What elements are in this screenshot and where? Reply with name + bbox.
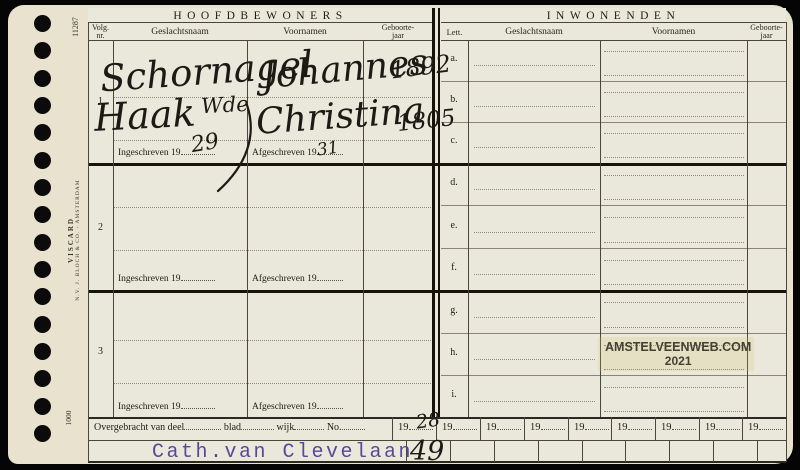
ingeschreven-text: Ingeschreven 19 xyxy=(118,148,181,158)
cell-line xyxy=(582,440,583,462)
dotted-leader xyxy=(181,400,215,409)
cell-line xyxy=(494,440,495,462)
cell-line xyxy=(450,440,451,462)
stock-code-text: 1000 xyxy=(64,411,73,426)
handwritten-afgeschreven-year: 31 xyxy=(316,138,340,161)
year-prefix: 19 xyxy=(661,422,672,433)
ingeschreven-text: Ingeschreven 19 xyxy=(118,274,181,284)
binder-hole xyxy=(34,425,51,442)
watermark-site: AMSTELVEENWEB.COM xyxy=(605,341,751,354)
hoofdbewoners-title: HOOFDBEWONERS xyxy=(88,10,433,22)
year-prefix: 19 xyxy=(574,422,585,433)
writing-guide-line xyxy=(474,65,595,66)
writing-guide-line xyxy=(604,327,744,328)
writing-guide-line xyxy=(474,189,595,190)
letter-label: e. xyxy=(443,220,465,231)
dotted-leader xyxy=(759,421,783,430)
binder-hole xyxy=(34,316,51,333)
table-border xyxy=(786,22,787,462)
afgeschreven-label: Afgeschreven 19 xyxy=(252,400,343,412)
dotted-leader xyxy=(241,421,274,430)
writing-guide-line xyxy=(113,383,433,384)
column-header-geboortejaar-left: Geboorte- jaar xyxy=(363,24,433,40)
writing-guide-line xyxy=(604,411,744,412)
dotted-leader xyxy=(497,421,521,430)
afgeschreven-text: Afgeschreven 19 xyxy=(252,148,317,158)
column-header-voornamen-left: Voornamen xyxy=(247,27,363,37)
printer-address: N.V. J. BLOCH & CO. - AMSTERDAM xyxy=(75,179,81,300)
letter-label: c. xyxy=(443,135,465,146)
handwritten-house-number: 49 xyxy=(410,436,444,467)
writing-guide-line xyxy=(474,232,595,233)
dotted-leader xyxy=(453,421,477,430)
year-prefix: 19 xyxy=(398,422,409,433)
column-header-voornamen-right: Voornamen xyxy=(600,27,747,37)
cell-line xyxy=(625,440,626,462)
dotted-leader xyxy=(628,421,652,430)
year-cell: 19 xyxy=(748,421,783,433)
column-header-geboortejaar-right: Geboorte- jaar xyxy=(747,24,786,40)
surname-2-main: Haak xyxy=(93,91,197,140)
writing-guide-line xyxy=(113,207,433,208)
cell-line xyxy=(669,440,670,462)
section-divider-line xyxy=(88,290,786,293)
letter-label: b. xyxy=(443,94,465,105)
pen-flourish xyxy=(215,103,257,195)
dotted-leader xyxy=(181,272,215,281)
column-header-lett: Lett. xyxy=(441,27,468,37)
writing-guide-line xyxy=(474,401,595,402)
cell-line xyxy=(757,440,758,462)
column-header-geslachtsnaam-left: Geslachtsnaam xyxy=(113,27,247,37)
year-cell: 19 xyxy=(617,421,652,433)
cell-line xyxy=(524,417,525,440)
writing-guide-line xyxy=(474,147,595,148)
column-line xyxy=(468,40,469,417)
ingeschreven-text: Ingeschreven 19 xyxy=(118,402,181,412)
watermark: AMSTELVEENWEB.COM 2021 xyxy=(598,337,754,371)
printer-imprint: VISCARD N.V. J. BLOCH & CO. - AMSTERDAM xyxy=(59,160,89,320)
watermark-year: 2021 xyxy=(605,354,751,368)
writing-guide-line xyxy=(604,116,744,117)
binder-hole xyxy=(34,370,51,387)
cell-line xyxy=(392,417,393,440)
ingeschreven-label: Ingeschreven 19 xyxy=(118,272,215,284)
binder-hole xyxy=(34,97,51,114)
binder-hole xyxy=(34,206,51,223)
year-prefix: 19 xyxy=(617,422,628,433)
writing-guide-line xyxy=(474,317,595,318)
section-divider-line xyxy=(88,163,786,166)
binder-hole xyxy=(34,70,51,87)
column-header-volgnr: Volg. nr. xyxy=(88,24,113,40)
overgebracht-row: Overgebracht van deel blad wijk No. xyxy=(94,421,365,433)
year-prefix: 19 xyxy=(530,422,541,433)
dotted-leader xyxy=(317,400,343,409)
year-cell: 19 xyxy=(661,421,696,433)
volgnr-line2: nr. xyxy=(96,31,104,40)
row-separator xyxy=(441,248,786,249)
year-prefix: 19 xyxy=(486,422,497,433)
overgebracht-label: Overgebracht van deel xyxy=(94,422,184,433)
row-separator xyxy=(441,375,786,376)
rule-line xyxy=(441,40,786,41)
wijk-label: wijk xyxy=(277,422,295,433)
writing-guide-line xyxy=(474,106,595,107)
letter-label: i. xyxy=(443,389,465,400)
letter-label: g. xyxy=(443,305,465,316)
writing-guide-line xyxy=(604,242,744,243)
binder-hole xyxy=(34,343,51,360)
dotted-leader xyxy=(184,421,221,430)
binder-hole xyxy=(34,15,51,32)
writing-guide-line xyxy=(474,359,595,360)
afgeschreven-label: Afgeschreven 19 xyxy=(252,272,343,284)
letter-label: h. xyxy=(443,347,465,358)
year-prefix: 19 xyxy=(748,422,759,433)
row-separator xyxy=(441,333,786,334)
binder-hole xyxy=(34,234,51,251)
letter-label: f. xyxy=(443,262,465,273)
year-cell: 19 xyxy=(486,421,521,433)
dotted-leader xyxy=(672,421,696,430)
writing-guide-line xyxy=(604,51,744,52)
dotted-leader xyxy=(342,421,365,430)
binder-hole xyxy=(34,42,51,59)
writing-guide-line xyxy=(113,250,433,251)
writing-guide-line xyxy=(604,284,744,285)
dotted-leader xyxy=(716,421,740,430)
row-separator xyxy=(441,205,786,206)
dotted-leader xyxy=(585,421,609,430)
cell-line xyxy=(480,417,481,440)
row-number: 3 xyxy=(88,346,113,357)
scanned-card-background: 11287 VISCARD N.V. J. BLOCH & CO. - AMST… xyxy=(0,0,800,470)
cell-line xyxy=(655,417,656,440)
year-cell: 19 xyxy=(530,421,565,433)
binder-hole xyxy=(34,179,51,196)
writing-guide-line xyxy=(474,274,595,275)
blad-label: blad xyxy=(224,422,241,433)
binder-hole xyxy=(34,152,51,169)
cell-line xyxy=(713,440,714,462)
dotted-leader xyxy=(317,272,343,281)
writing-guide-line xyxy=(604,133,744,134)
ingeschreven-label: Ingeschreven 19 xyxy=(118,400,215,412)
afgeschreven-text: Afgeschreven 19 xyxy=(252,402,317,412)
no-label: No. xyxy=(327,422,342,433)
rule-line xyxy=(441,22,786,23)
stock-code: 1000 xyxy=(63,400,73,436)
writing-guide-line xyxy=(604,75,744,76)
writing-guide-line xyxy=(604,175,744,176)
row-separator xyxy=(441,122,786,123)
row-separator xyxy=(441,81,786,82)
column-header-geslachtsnaam-right: Geslachtsnaam xyxy=(468,27,600,37)
handwritten-transfer-year: 28 xyxy=(415,408,442,433)
geboortejaar-line2: jaar xyxy=(761,31,773,40)
year-cell: 19 xyxy=(705,421,740,433)
geboortejaar-line2: jaar xyxy=(392,31,404,40)
printer-name: VISCARD xyxy=(67,217,75,263)
serial-number: 11287 xyxy=(69,5,81,49)
writing-guide-line xyxy=(604,157,744,158)
binder-hole xyxy=(34,261,51,278)
binder-hole xyxy=(34,398,51,415)
binder-hole xyxy=(34,288,51,305)
cell-line xyxy=(611,417,612,440)
afgeschreven-text: Afgeschreven 19 xyxy=(252,274,317,284)
cell-line xyxy=(742,417,743,440)
dotted-leader xyxy=(541,421,565,430)
letter-label: d. xyxy=(443,177,465,188)
year-prefix: 19 xyxy=(705,422,716,433)
dotted-leader xyxy=(294,421,324,430)
year-cell: 19 xyxy=(574,421,609,433)
writing-guide-line xyxy=(604,302,744,303)
binder-hole xyxy=(34,124,51,141)
inwonenden-title: INWONENDEN xyxy=(441,10,786,22)
writing-guide-line xyxy=(113,340,433,341)
year-cell: 19 xyxy=(442,421,477,433)
writing-guide-line xyxy=(604,92,744,93)
cell-line xyxy=(538,440,539,462)
street-name-stamp: Cath.van Clevelaan xyxy=(152,441,413,464)
writing-guide-line xyxy=(604,217,744,218)
year-prefix: 19 xyxy=(442,422,453,433)
cell-line xyxy=(699,417,700,440)
cell-line xyxy=(568,417,569,440)
writing-guide-line xyxy=(604,260,744,261)
row-number: 2 xyxy=(88,222,113,233)
writing-guide-line xyxy=(604,387,744,388)
table-border xyxy=(88,22,89,462)
serial-number-text: 11287 xyxy=(71,17,80,37)
writing-guide-line xyxy=(604,199,744,200)
rule-line xyxy=(88,40,433,41)
